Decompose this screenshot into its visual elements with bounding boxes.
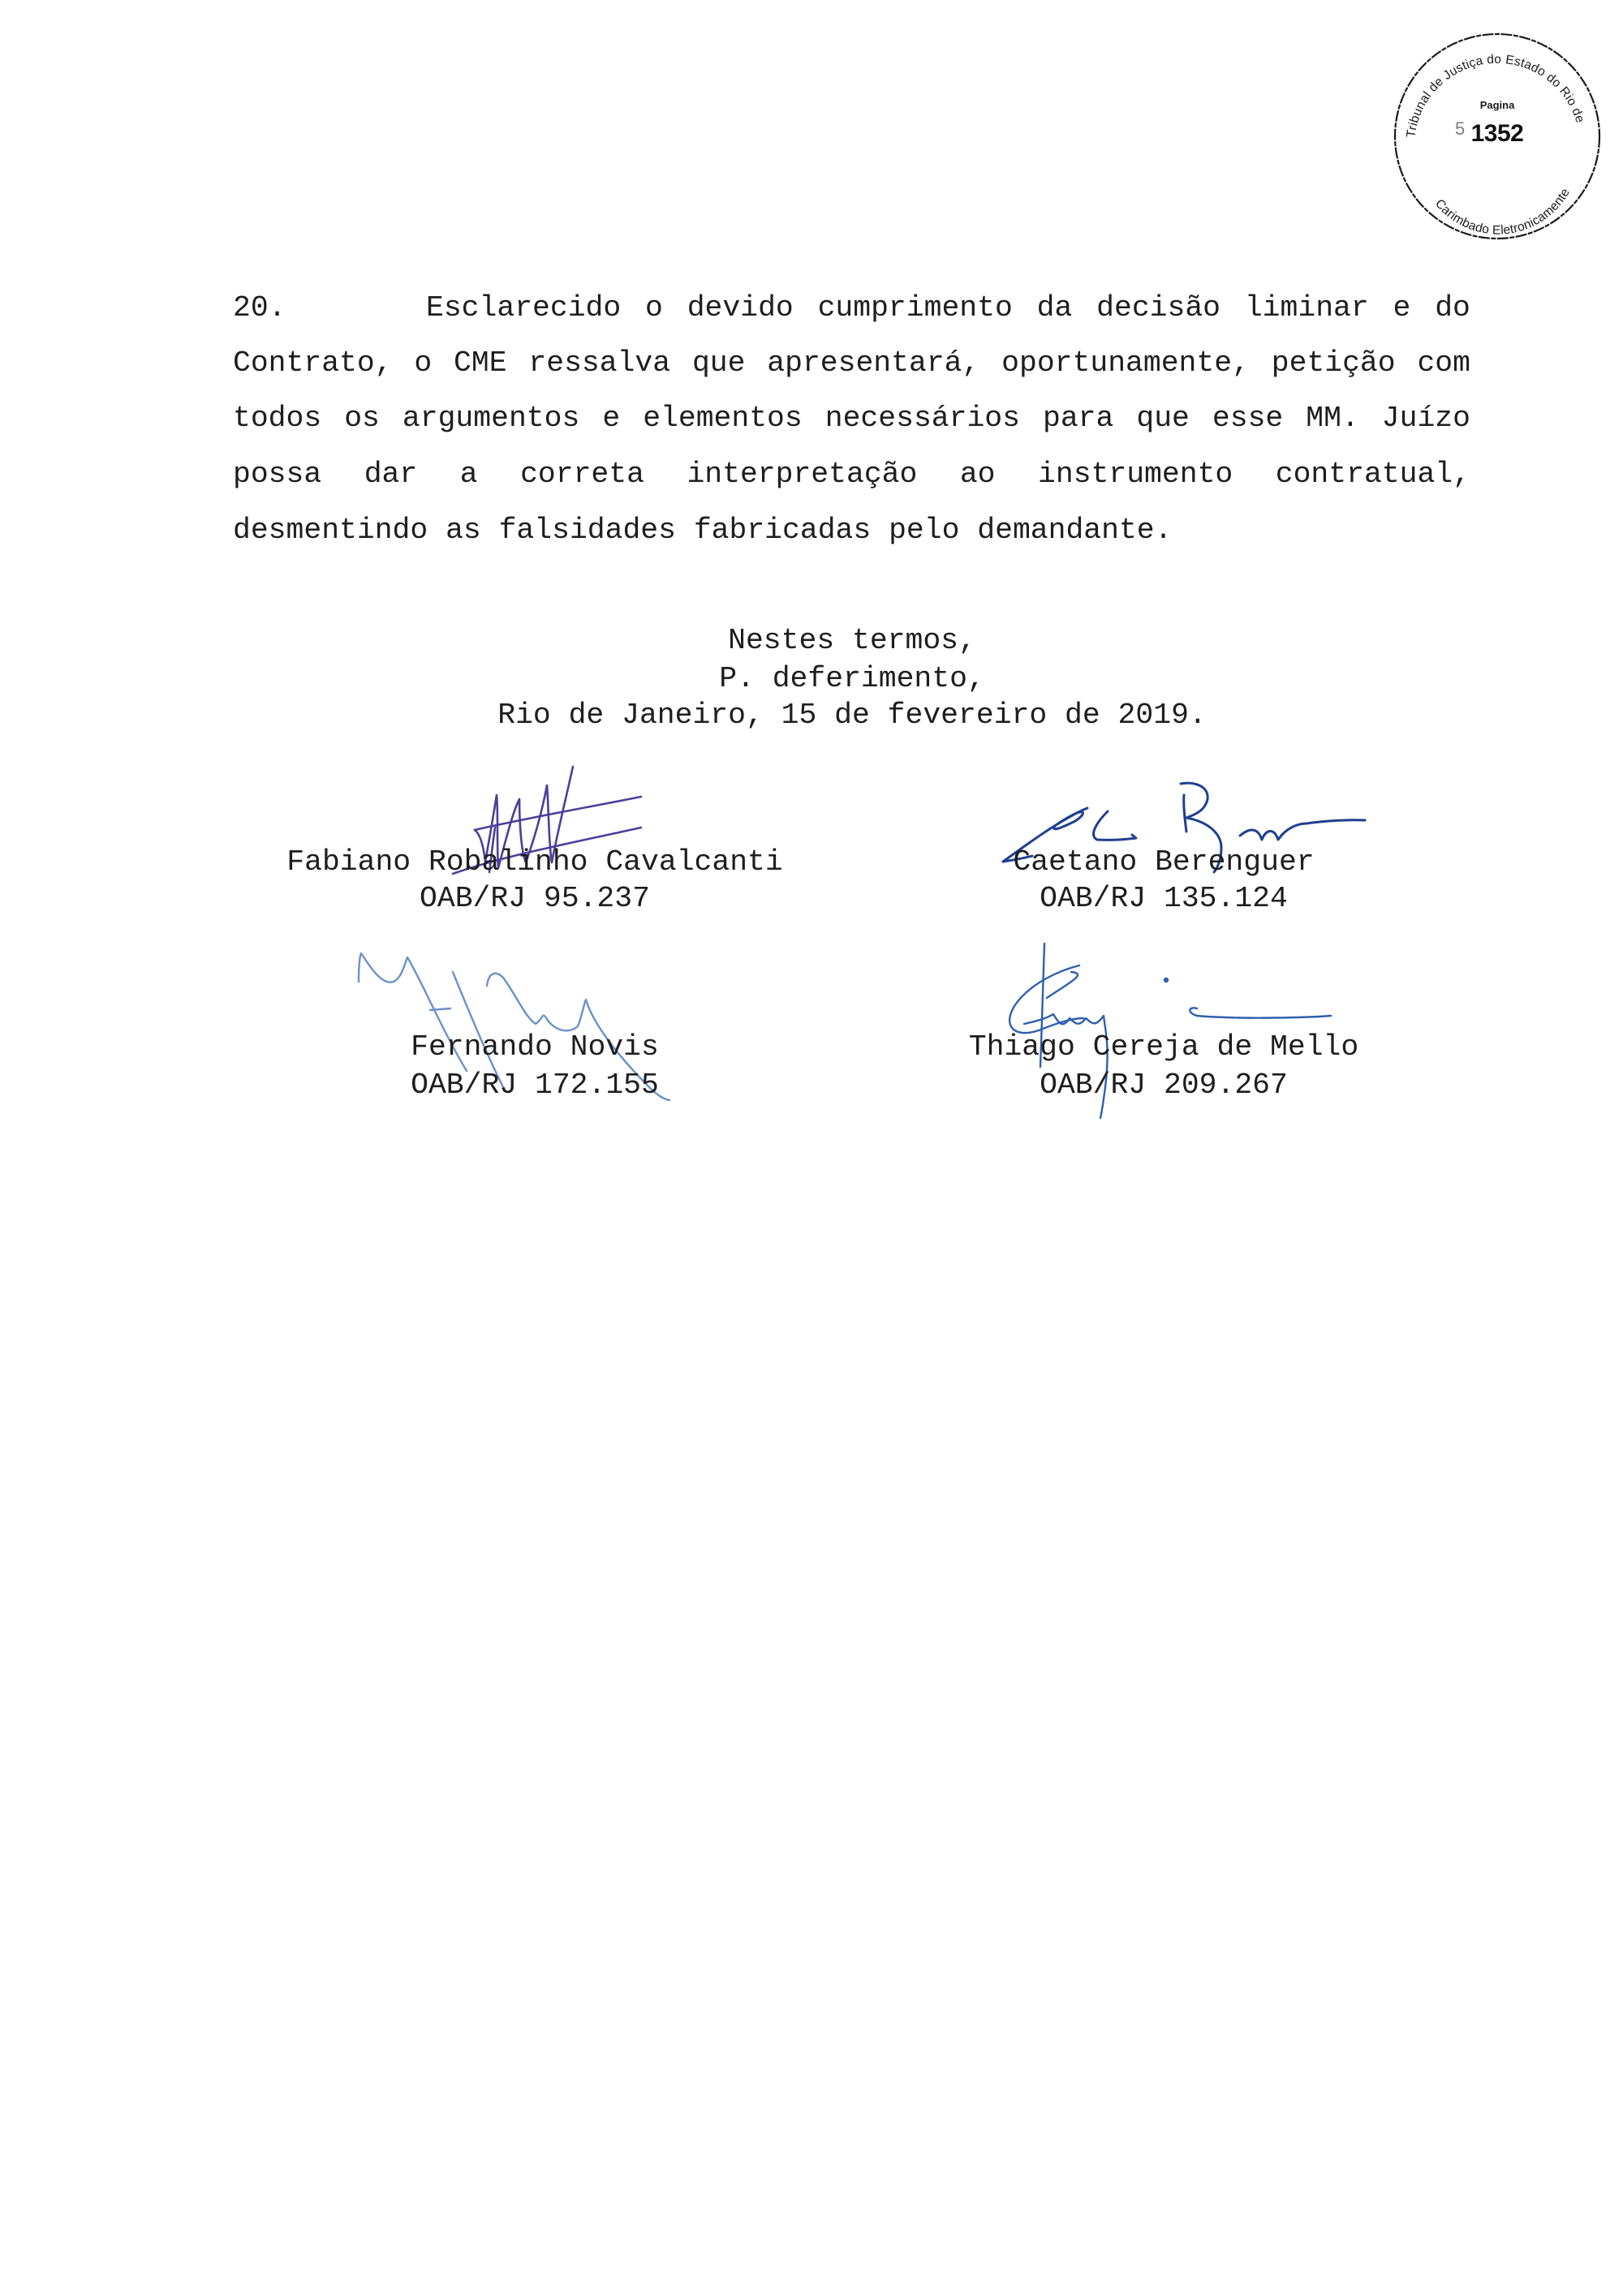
paragraph-word: CME [454, 349, 507, 378]
paragraph-word: apresentará, [767, 349, 979, 378]
paragraph-word: as [446, 516, 481, 545]
signatory-oab: OAB/RJ 95.237 [226, 884, 843, 914]
closing-line-terms: Nestes termos, [446, 626, 1258, 656]
signatory-4: Thiago Cereja de Mello OAB/RJ 209.267 [855, 1033, 1472, 1151]
paragraph-word: correta [520, 460, 644, 489]
paragraph-word: do [1435, 294, 1470, 323]
paragraph-line: desmentindoasfalsidadesfabricadaspelodem… [233, 516, 1470, 548]
paragraph-word: pelo [889, 516, 959, 545]
paragraph-word: esse [1212, 404, 1283, 433]
paragraph-word: decisão [1096, 294, 1220, 323]
paragraph-line: possadaracorretainterpretaçãoaoinstrumen… [233, 460, 1470, 492]
signatory-1: Fabiano Robalinho Cavalcanti OAB/RJ 95.2… [226, 848, 843, 966]
paragraph-word: cumprimento [818, 294, 1013, 323]
paragraph-word: petição [1272, 349, 1396, 378]
paragraph-word: o [414, 349, 432, 378]
paragraph-line: 20. Esclarecidoodevidocumprimentodadecis… [233, 294, 1470, 326]
paragraph-word: demandante. [977, 516, 1172, 545]
paragraph-word: dar [364, 460, 418, 489]
signatory-oab: OAB/RJ 135.124 [855, 884, 1472, 914]
paragraph-word: necessários [825, 404, 1020, 433]
paragraph-word: o [645, 294, 663, 323]
paragraph-word: fabricadas [694, 516, 871, 545]
paragraph-word: interpretação [687, 460, 917, 489]
paragraph-word: elementos [643, 404, 803, 433]
paragraph-word: Esclarecido [426, 294, 621, 323]
paragraph-line: Contrato,oCMEressalvaqueapresentará,opor… [233, 349, 1470, 381]
signatory-name: Fabiano Robalinho Cavalcanti [226, 848, 843, 877]
paragraph-word: desmentindo [233, 516, 428, 545]
paragraph-word: todos [233, 404, 321, 433]
paragraph-word: que [692, 349, 746, 378]
paragraph-word: da [1037, 294, 1073, 323]
paragraph-word: com [1417, 349, 1470, 378]
paragraph-word: Juízo [1382, 404, 1470, 433]
paragraph-word: devido [687, 294, 794, 323]
paragraph-word: instrumento [1038, 460, 1233, 489]
paragraph-number: 20. [233, 294, 426, 323]
paragraph-word: falsidades [499, 516, 676, 545]
paragraph-word: Contrato, [233, 349, 393, 378]
paragraph-word: a [460, 460, 478, 489]
paragraph-word: e [602, 404, 620, 433]
signatory-name: Thiago Cereja de Mello [855, 1033, 1472, 1062]
paragraph-word: liminar [1245, 294, 1369, 323]
signatory-oab: OAB/RJ 209.267 [855, 1071, 1472, 1100]
paragraph-word: MM. [1306, 404, 1359, 433]
paragraph-line-words: Esclarecidoodevidocumprimentodadecisãoli… [426, 294, 1470, 323]
paragraph-word: ressalva [528, 349, 670, 378]
paragraph-word: e [1393, 294, 1411, 323]
paragraph-line: todososargumentoseelementosnecessáriospa… [233, 404, 1470, 436]
signatory-name: Caetano Berenguer [855, 848, 1472, 877]
signatory-oab: OAB/RJ 172.155 [226, 1071, 843, 1100]
paragraph-word: os [344, 404, 380, 433]
signatory-2: Caetano Berenguer OAB/RJ 135.124 [855, 848, 1472, 966]
signatory-3: Fernando Novis OAB/RJ 172.155 [226, 1033, 843, 1151]
paragraph-word: possa [233, 460, 321, 489]
paragraph-word: ao [960, 460, 996, 489]
closing-block: Nestes termos, P. deferimento, Rio de Ja… [446, 0, 1258, 148]
paragraph-word: oportunamente, [1001, 349, 1250, 378]
document-page: Tribunal de Justiça do Estado do Rio de … [0, 0, 1623, 2296]
closing-place-date: Rio de Janeiro, 15 de fevereiro de 2019. [446, 701, 1258, 730]
paragraph-word: contratual, [1276, 460, 1470, 489]
paragraph-word: argumentos [403, 404, 579, 433]
signatory-name: Fernando Novis [226, 1033, 843, 1062]
paragraph-word: para [1043, 404, 1113, 433]
closing-line-request: P. deferimento, [446, 664, 1258, 694]
paragraph-word: que [1136, 404, 1190, 433]
